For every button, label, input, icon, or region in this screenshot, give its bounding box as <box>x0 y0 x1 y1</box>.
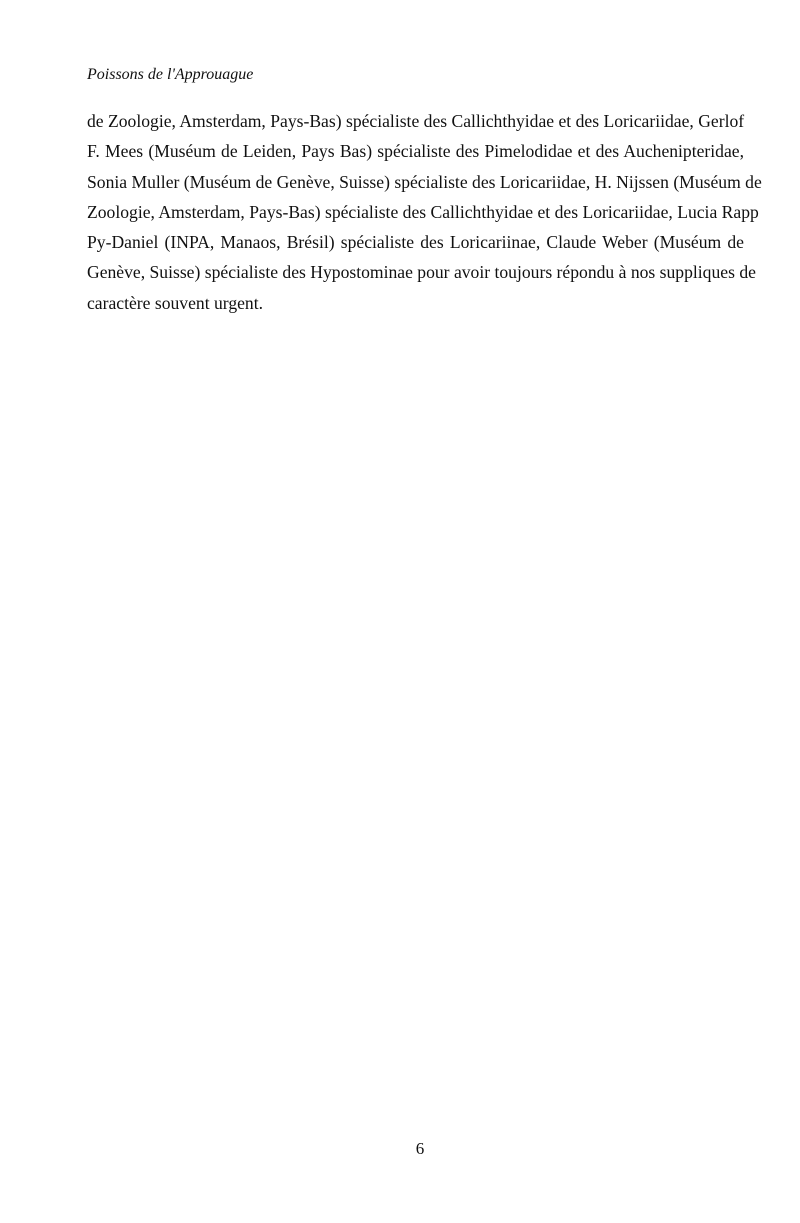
paragraph-line: Py-Daniel (INPA, Manaos, Brésil) spécial… <box>87 227 744 257</box>
paragraph-line: Zoologie, Amsterdam, Pays-Bas) spécialis… <box>87 197 744 227</box>
paragraph-line: Sonia Muller (Muséum de Genève, Suisse) … <box>87 167 744 197</box>
running-header: Poissons de l'Approuague <box>87 66 253 84</box>
paragraph-line: F. Mees (Muséum de Leiden, Pays Bas) spé… <box>87 136 744 166</box>
paragraph-line: de Zoologie, Amsterdam, Pays-Bas) spécia… <box>87 106 744 136</box>
paragraph-line: Genève, Suisse) spécialiste des Hypostom… <box>87 257 744 287</box>
page-number: 6 <box>0 1139 800 1159</box>
body-paragraph: de Zoologie, Amsterdam, Pays-Bas) spécia… <box>87 106 744 318</box>
paragraph-line: caractère souvent urgent. <box>87 288 744 318</box>
